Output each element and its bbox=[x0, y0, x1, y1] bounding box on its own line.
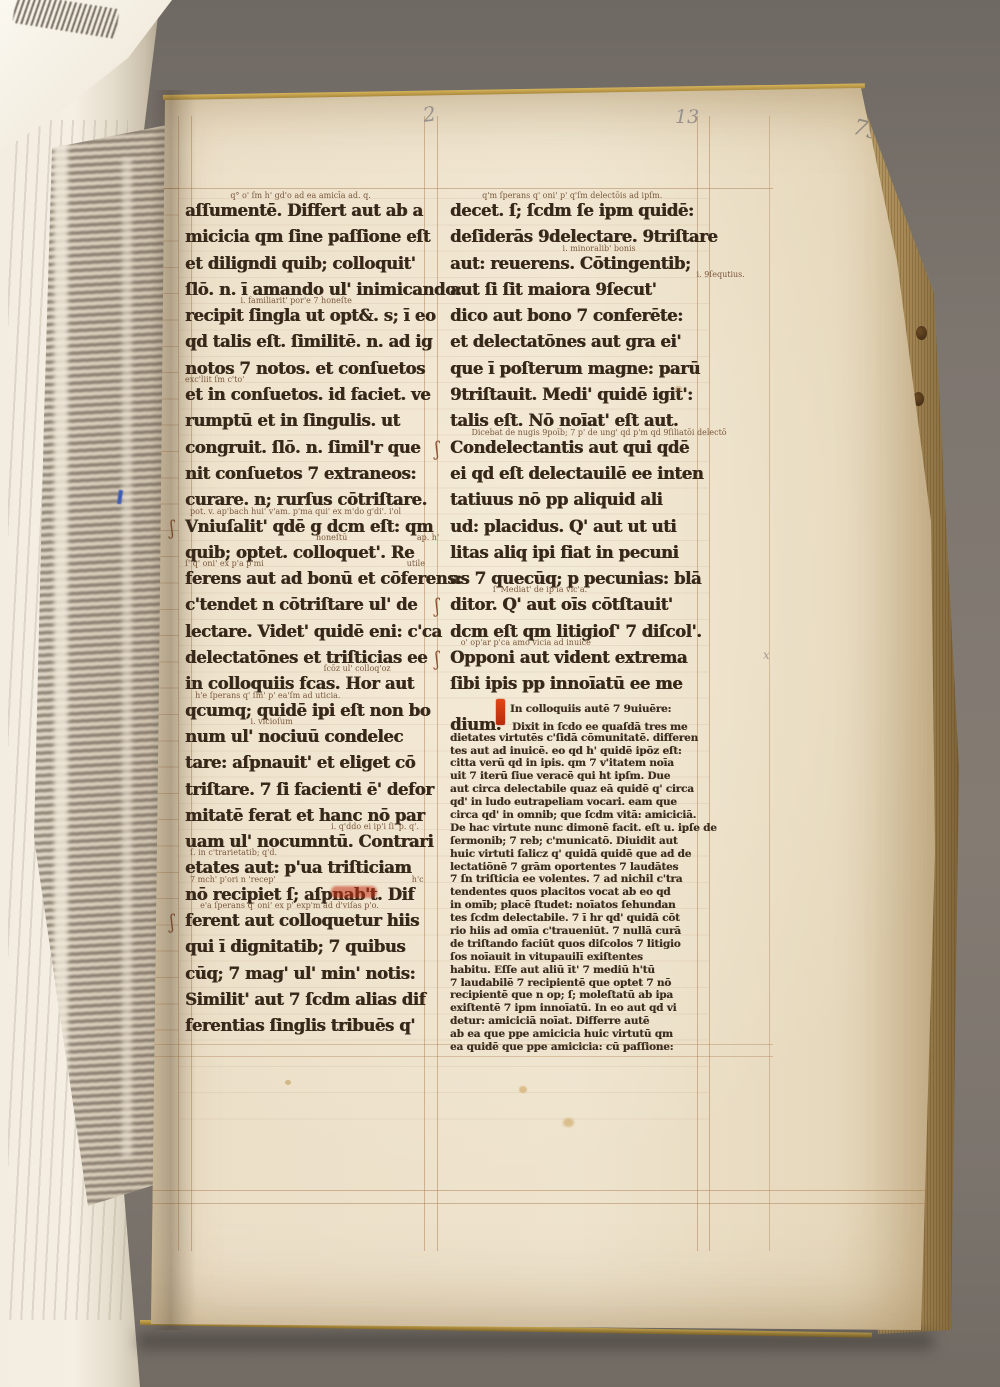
line-text: habitu. Eſſe aut aliū īt' 7 mediū h'tū bbox=[450, 964, 655, 976]
interlinear-gloss: h'e ſperans q' ſm' p' ea'ſm ad uticia. bbox=[195, 692, 340, 700]
interlinear-gloss: utile bbox=[407, 560, 425, 568]
line-text: rio hiis ad omīa c'traueniūt. 7 nullā cu… bbox=[450, 925, 681, 937]
text-line: ei qd eſt delectauilē ee inten bbox=[450, 461, 718, 487]
line-text: qd talis eſt. ſimilitē. n. ad ig bbox=[185, 332, 432, 351]
interlinear-gloss: Dicebat de nugis 9poīb; 7 p' de ung' qd … bbox=[471, 429, 726, 437]
text-line: que ī poſterum magne: parū bbox=[450, 356, 718, 382]
interlinear-gloss: i. familiarit' por'e 7 honeſte bbox=[240, 297, 351, 305]
interlinear-gloss: q'm ſperans q' oni' p' q'ſm delectōis ad… bbox=[482, 192, 662, 200]
facing-page-intercolumn bbox=[122, 158, 132, 1158]
text-line: detur: amiciciā noīat. Differre autē bbox=[450, 1015, 718, 1028]
text-line: ʃCondelectantis aut qui qdēDicebat de nu… bbox=[450, 435, 718, 461]
text-line: qd talis eſt. ſimilitē. n. ad ig bbox=[185, 329, 437, 355]
interlinear-gloss: i. q'ddo ei ip'i ſi' p. q'. bbox=[331, 823, 419, 831]
text-line: de triſtando faciūt quos diſcolos 7 liti… bbox=[450, 938, 718, 951]
text-line: qcumq; quidē ipi eſt non boh'e ſperans q… bbox=[185, 698, 437, 724]
gutter-shadow bbox=[150, 90, 196, 1330]
text-line: 7 laudabilē 7 recipientē que optet 7 nō bbox=[450, 977, 718, 990]
dium-row: dium. Dixit in ſcdo ee quaſdā tres me bbox=[450, 715, 718, 732]
line-text: ditor. Q' aut oīs cōtſtauit' bbox=[450, 595, 672, 614]
line-text: triſtare. 7 ſi facienti ē' defor bbox=[185, 780, 434, 799]
line-text: tendentes quos placitos vocat ab eo qd bbox=[450, 886, 670, 898]
pencil-leaf-mark: 13 bbox=[675, 106, 699, 128]
line-text: decet. ſ; ſcdm ſe ipm quidē: bbox=[450, 201, 694, 220]
line-text: ab ea que ppe amicicia huic virtutū qm bbox=[450, 1028, 673, 1040]
text-line: nit conſuetos 7 extraneos: bbox=[185, 461, 437, 487]
text-line: recipientē que n op; ſ; moleſtatū ab ipa bbox=[450, 989, 718, 1002]
text-line: in omīb; placē ſtudet: noīatos ſehundan bbox=[450, 899, 718, 912]
text-line: De hac virtute nunc dimonē facit. eſt u.… bbox=[450, 822, 718, 835]
line-text: et diligndi quib; colloquit' bbox=[185, 254, 415, 273]
text-line: habitu. Eſſe aut aliū īt' 7 mediū h'tū bbox=[450, 964, 718, 977]
line-text: congruit. ſlō. n. ſimil'r que bbox=[185, 438, 420, 457]
line-text: huic virtuti ſalicz q' quidā quidē que a… bbox=[450, 848, 691, 860]
line-text: in omīb; placē ſtudet: noīatos ſehundan bbox=[450, 899, 675, 911]
commentary-block: In colloquiis autē 7 9uiuēre: dium. Dixi… bbox=[450, 698, 718, 1054]
line-text: circa qd' in omnib; que ſcdm vitā: amici… bbox=[450, 809, 696, 821]
text-line: cūq; 7 mag' ul' min' notis: bbox=[185, 961, 437, 987]
line-text: aut ſi ſit maiora 9ſecut' bbox=[450, 280, 656, 299]
corner-text-fragment bbox=[12, 0, 119, 39]
line-text: micicia qm ſine paſſione eſt bbox=[185, 227, 430, 246]
line-text: delectatōnes et triſticias ee bbox=[185, 648, 427, 667]
line-text: Condelectantis aut qui qdē bbox=[450, 438, 689, 457]
line-text: c'tendet n cōtriſtare ul' de bbox=[185, 595, 417, 614]
line-text: aut: reuerens. Cōtingentib; bbox=[450, 254, 691, 273]
text-line: qd' in ludo eutrapeliam vocari. eam que bbox=[450, 796, 718, 809]
text-line: ferens aut ad bonū et cōferens:ſ' q' oni… bbox=[185, 566, 437, 592]
text-line: rumptū et in ſingulis. ut bbox=[185, 408, 437, 434]
right-column-main-text: decet. ſ; ſcdm ſe ipm quidē:q'm ſperans … bbox=[450, 198, 718, 698]
text-line: circa qd' in omnib; que ſcdm vitā: amici… bbox=[450, 809, 718, 822]
line-text: detur: amiciciā noīat. Differre autē bbox=[450, 1015, 649, 1027]
paragraph-flourish: ʃ bbox=[435, 432, 439, 466]
interlinear-gloss: ſ. in c'trarietatib; q'd. bbox=[190, 849, 277, 857]
text-line: delectatōnes et triſticias ee bbox=[185, 645, 437, 671]
text-line: et in conſuetos. id faciet. veexc'liit ſ… bbox=[185, 382, 437, 408]
interlinear-gloss: pot. v. ap'bach hui' v'am. p'ma qui' ex … bbox=[190, 508, 401, 516]
text-column-left: aſſumentē. Differt aut ab aq° o' ſm h' g… bbox=[185, 198, 437, 1040]
text-line: recipit ſingla ut opt&. s; ī eoi. famili… bbox=[185, 303, 437, 329]
interlinear-gloss: ſcōz ul' colloq'oz bbox=[324, 665, 391, 673]
line-text: litas aliq ipi fiat in pecuni bbox=[450, 543, 678, 562]
text-line: qui ī dignitatib; 7 quibus bbox=[185, 934, 437, 960]
text-line: exiſtentē 7 ipm innoīatū. In eo aut qd v… bbox=[450, 1002, 718, 1015]
line-text: recipit ſingla ut opt&. s; ī eo bbox=[185, 306, 435, 325]
text-line: ſibi ipis pp innoīatū ee me bbox=[450, 671, 718, 697]
interlinear-gloss: i. minoralib' bonis bbox=[563, 245, 636, 253]
text-line: citta verū qd in ipis. qm 7 v'itatem noī… bbox=[450, 757, 718, 770]
line-text: ea quidē que ppe amicicia: cū paſſione: bbox=[450, 1041, 673, 1053]
line-text: tes ſcdm delectabile. 7 ī hr qd' quidā c… bbox=[450, 912, 680, 924]
text-line: litas aliq ipi fiat in pecuni bbox=[450, 540, 718, 566]
text-line: triſtare. 7 ſi facienti ē' defor bbox=[185, 777, 437, 803]
line-text: Vniuſalit' qdē g dcm eſt: qm bbox=[185, 517, 433, 536]
parchment-stain bbox=[519, 1086, 527, 1093]
paragraph-flourish: ʃ bbox=[435, 590, 439, 624]
line-text: Opponi aut vident extrema bbox=[450, 648, 687, 667]
text-line: ʃferent aut colloquetur hiise'a ſperans … bbox=[185, 908, 437, 934]
photo-of-manuscript: { "photo": { "background_color": "#7d766… bbox=[0, 0, 1000, 1387]
ruling-line-horizontal bbox=[145, 1203, 925, 1204]
line-text: qd' in ludo eutrapeliam vocari. eam que bbox=[450, 796, 677, 808]
line-text: aut circa delectabile quaz eā quidē q' c… bbox=[450, 783, 694, 795]
line-text: ud: placidus. Q' aut ut uti bbox=[450, 517, 676, 536]
ruling-line-vertical bbox=[769, 116, 770, 1251]
line-text: lectatiōnē 7 grām oportentes 7 laudātes bbox=[450, 861, 678, 873]
line-text: qcumq; quidē ipi eſt non bo bbox=[185, 701, 430, 720]
interlinear-gloss: ap. h' bbox=[417, 534, 439, 542]
line-text: uit 7 iterū ſiue veracē qui ht ipſm. Due bbox=[450, 770, 670, 782]
text-line: micicia qm ſine paſſione eſt bbox=[185, 224, 437, 250]
pencil-quire-mark: 2 bbox=[421, 101, 437, 127]
text-line: aſſumentē. Differt aut ab aq° o' ſm h' g… bbox=[185, 198, 437, 224]
text-line: 7 ſn triſticia ee volentes. 7 ad nichil … bbox=[450, 873, 718, 886]
book-shadow bbox=[138, 1333, 933, 1349]
text-line: lectare. Videt' quidē eni: c'ca bbox=[185, 619, 437, 645]
text-line: Similit' aut 7 ſcdm alias dif bbox=[185, 987, 437, 1013]
line-text: dietates virtutēs c'ſidā cōmunitatē. dif… bbox=[450, 732, 698, 744]
text-line: tes aut ad inuicē. eo qd h' quidē ipōz e… bbox=[450, 745, 718, 758]
text-line: dico aut bono 7 conferēte: bbox=[450, 303, 718, 329]
ruling-line-horizontal bbox=[145, 1190, 925, 1191]
interlinear-gloss: q° o' ſm h' gd'o ad ea amicīa ad. q. bbox=[230, 192, 370, 200]
interlinear-gloss: e'a ſperans q' oni' ex p' exp'm ad d'viſ… bbox=[200, 902, 379, 910]
line-text: ferentias ſinglis tribuēs q' bbox=[185, 1016, 415, 1035]
interlinear-gloss: i. 9ſequtius. bbox=[697, 271, 745, 279]
line-text: citta verū qd in ipis. qm 7 v'itatem noī… bbox=[450, 757, 674, 769]
line-text: aſſumentē. Differt aut ab a bbox=[185, 201, 423, 220]
text-line: aut: reuerens. Cōtingentib;i. minoralib'… bbox=[450, 251, 718, 277]
line-text: ſibi ipis pp innoīatū ee me bbox=[450, 674, 682, 693]
line-text: ferent aut colloquetur hiis bbox=[185, 911, 419, 930]
line-text: nit conſuetos 7 extraneos: bbox=[185, 464, 416, 483]
text-line: ferentias ſinglis tribuēs q' bbox=[185, 1013, 437, 1039]
text-line: et diligndi quib; colloquit' bbox=[185, 251, 437, 277]
text-line: huic virtuti ſalicz q' quidā quidē que a… bbox=[450, 848, 718, 861]
interlinear-gloss: i. vicioſum bbox=[251, 718, 293, 726]
text-line: lectatiōnē 7 grām oportentes 7 laudātes bbox=[450, 861, 718, 874]
line-text: ei qd eſt delectauilē ee inten bbox=[450, 464, 703, 483]
text-line: aut ſi ſit maiora 9ſecut'i. 9ſequtius. bbox=[450, 277, 718, 303]
line-text: rumptū et in ſingulis. ut bbox=[185, 411, 400, 430]
interlinear-gloss: ſ' q' oni' ex p'a p'mi bbox=[185, 560, 264, 568]
line-text: De hac virtute nunc dimonē facit. eſt u.… bbox=[450, 822, 717, 834]
text-line: rio hiis ad omīa c'traueniūt. 7 nullā cu… bbox=[450, 925, 718, 938]
line-text: Similit' aut 7 ſcdm alias dif bbox=[185, 990, 425, 1009]
commentary-incipit-row: In colloquiis autē 7 9uiuēre: bbox=[450, 698, 718, 715]
paragraph-flourish: ʃ bbox=[435, 642, 439, 676]
commentary-incipit: In colloquiis autē 7 9uiuēre: bbox=[510, 703, 671, 715]
interlinear-gloss: o' op'ar p'ca amo vicia ad inuicē bbox=[461, 639, 591, 647]
line-text: dico aut bono 7 conferēte: bbox=[450, 306, 683, 325]
text-column-right: decet. ſ; ſcdm ſe ipm quidē:q'm ſperans … bbox=[450, 198, 718, 1054]
line-text: ſermonib; 7 reb; c'municatō. Diuidit aut bbox=[450, 835, 678, 847]
line-text: ſos noīauit in vitupauilī exiſtentes bbox=[450, 951, 643, 963]
parchment-stain bbox=[285, 1080, 291, 1085]
text-line: ʃditor. Q' aut oīs cōtſtauit'ſ' Mediat' … bbox=[450, 592, 718, 618]
line-text: tes aut ad inuicē. eo qd h' quidē ipōz e… bbox=[450, 745, 682, 757]
line-text: exiſtentē 7 ipm innoīatū. In eo aut qd v… bbox=[450, 1002, 676, 1014]
interlinear-gloss: 7 mch' p'ori n 'recep' bbox=[190, 876, 276, 884]
text-line: tatiuus nō pp aliquid ali bbox=[450, 487, 718, 513]
line-text: qui ī dignitatib; 7 quibus bbox=[185, 937, 405, 956]
binding-nub bbox=[916, 326, 927, 340]
text-line: aut circa delectabile quaz eā quidē q' c… bbox=[450, 783, 718, 796]
line-text: 9triſtauit. Medi' quidē igit': bbox=[450, 385, 693, 404]
commentary-lines: dietates virtutēs c'ſidā cōmunitatē. dif… bbox=[450, 732, 718, 1054]
text-line: ab ea que ppe amicicia huic virtutū qm bbox=[450, 1028, 718, 1041]
ruling-line-horizontal bbox=[149, 188, 773, 189]
text-line: ʃVniuſalit' qdē g dcm eſt: qmpot. v. ap'… bbox=[185, 514, 437, 540]
line-text: et delectatōnes aut gra ei' bbox=[450, 332, 681, 351]
text-line: ſermonib; 7 reb; c'municatō. Diuidit aut bbox=[450, 835, 718, 848]
text-line: congruit. ſlō. n. ſimil'r que bbox=[185, 435, 437, 461]
line-text: 7 laudabilē 7 recipientē que optet 7 nō bbox=[450, 977, 671, 989]
line-text: recipientē que n op; ſ; moleſtatū ab ipa bbox=[450, 989, 673, 1001]
margin-x-mark: x bbox=[763, 648, 770, 662]
parchment-stain bbox=[563, 1118, 574, 1127]
red-initial bbox=[496, 699, 505, 725]
parchment-stain bbox=[675, 386, 682, 392]
text-line: ud: placidus. Q' aut ut uti bbox=[450, 514, 718, 540]
text-line: decet. ſ; ſcdm ſe ipm quidē:q'm ſperans … bbox=[450, 198, 718, 224]
line-text: que ī poſterum magne: parū bbox=[450, 359, 700, 378]
interlinear-gloss: honeſtū bbox=[316, 534, 347, 542]
line-text: tare: aſpnauit' et eliget cō bbox=[185, 753, 415, 772]
text-line: ea quidē que ppe amicicia: cū paſſione: bbox=[450, 1041, 718, 1054]
text-line: ſos noīauit in vitupauilī exiſtentes bbox=[450, 951, 718, 964]
line-text: de triſtando faciūt quos diſcolos 7 liti… bbox=[450, 938, 681, 950]
text-line: num ul' nociuū condeleci. vicioſum bbox=[185, 724, 437, 750]
line-text: 7 ſn triſticia ee volentes. 7 ad nichil … bbox=[450, 873, 682, 885]
text-line: c'tendet n cōtriſtare ul' de bbox=[185, 592, 437, 618]
text-line: uit 7 iterū ſiue veracē qui ht ipſm. Due bbox=[450, 770, 718, 783]
line-text: lectare. Videt' quidē eni: c'ca bbox=[185, 622, 442, 641]
text-line: et delectatōnes aut gra ei' bbox=[450, 329, 718, 355]
line-text: ferens aut ad bonū et cōferens: bbox=[185, 569, 462, 588]
line-text: num ul' nociuū condelec bbox=[185, 727, 403, 746]
line-text: cūq; 7 mag' ul' min' notis: bbox=[185, 964, 415, 983]
line-text: et in conſuetos. id faciet. ve bbox=[185, 385, 430, 404]
text-line: tendentes quos placitos vocat ab eo qd bbox=[450, 886, 718, 899]
interlinear-gloss: h'c bbox=[412, 876, 424, 884]
text-line: ʃOpponi aut vident extremao' op'ar p'ca … bbox=[450, 645, 718, 671]
red-correction-mark bbox=[331, 886, 377, 898]
interlinear-gloss: ſ' Mediat' de ip'ia vic'a. bbox=[493, 586, 587, 594]
line-text: tatiuus nō pp aliquid ali bbox=[450, 490, 662, 509]
text-line: tes ſcdm delectabile. 7 ī hr qd' quidā c… bbox=[450, 912, 718, 925]
manuscript-page-recto: 2 13 79 x aſſumentē. Differt aut ab aq° … bbox=[135, 86, 935, 1334]
text-line: tare: aſpnauit' et eliget cō bbox=[185, 750, 437, 776]
text-line: dietates virtutēs c'ſidā cōmunitatē. dif… bbox=[450, 732, 718, 745]
